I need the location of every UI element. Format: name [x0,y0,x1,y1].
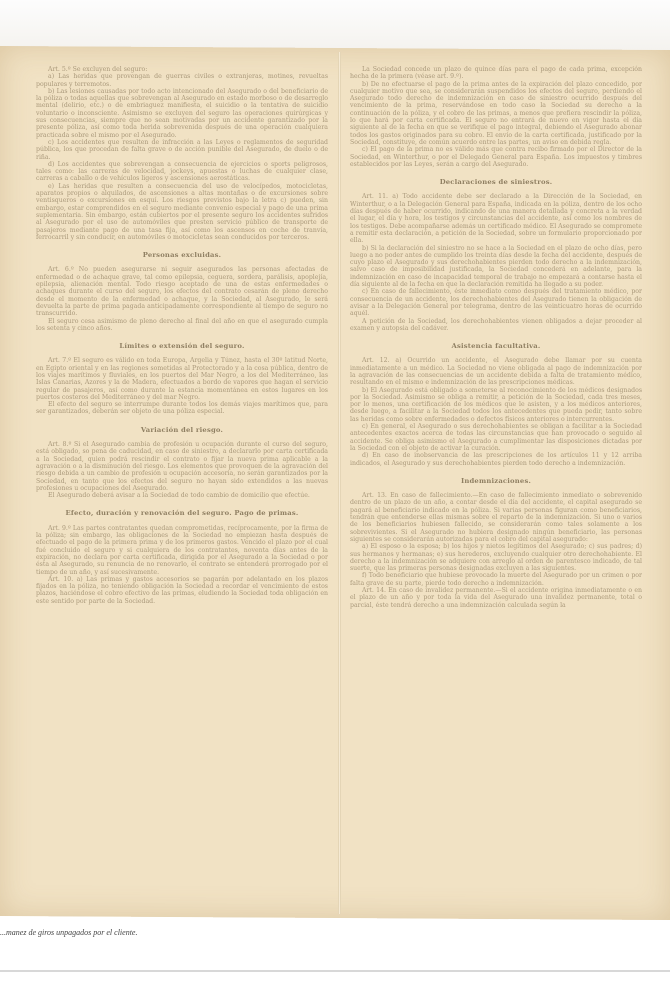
section-heading: Variación del riesgo. [36,427,328,434]
paragraph: b) Si la declaración del siniestro no se… [350,245,642,289]
scan-top-margin [0,0,670,52]
scan-caption: ...manez de giros unpagados por el clien… [0,928,137,937]
section-heading: Declaraciones de siniestros. [350,179,642,186]
paragraph: Art. 10. a) Las primas y gastos accesori… [36,576,328,605]
section-heading: Asistencia facultativa. [350,343,642,350]
section-heading: Indemnizaciones. [350,478,642,485]
paragraph: Art. 7.º El seguro es válido en toda Eur… [36,357,328,401]
paragraph: La Sociedad concede un plazo de quince d… [350,66,642,81]
paragraph: f) Todo beneficiario que hubiese provoca… [350,572,642,587]
paragraph: b) Las lesiones causadas por todo acto i… [36,88,328,139]
paragraph: c) El pago de la prima no es válido más … [350,146,642,168]
paragraph: c) En general, el Asegurado o sus derech… [350,423,642,452]
paragraph: Art. 13. En caso de fallecimiento.—En ca… [350,492,642,543]
paragraph: Art. 14. En caso de invalidez permanente… [350,587,642,609]
paragraph: e) Las heridas que resulten a consecuenc… [36,183,328,241]
right-column: La Sociedad concede un plazo de quince d… [350,66,642,609]
paragraph: a) Las heridas que provengan de guerras … [36,73,328,88]
paragraph: Art. 12. a) Ocurrido un accidente, el As… [350,357,642,386]
left-column: Art. 5.º Se excluyen del seguro:a) Las h… [36,66,328,605]
paragraph: b) De no efectuarse el pago de la prima … [350,81,642,147]
paragraph: Art. 5.º Se excluyen del seguro: [36,66,328,73]
paragraph: El Asegurado deberá avisar a la Sociedad… [36,492,328,499]
paragraph: Art. 11. a) Todo accidente debe ser decl… [350,193,642,244]
section-heading: Personas excluidas. [36,252,328,259]
section-heading: Límites o extensión del seguro. [36,343,328,350]
paragraph: a) El esposo o la esposa; b) los hijos y… [350,543,642,572]
paragraph: El seguro cesa asimismo de pleno derecho… [36,318,328,333]
paragraph: d) En caso de inobservancia de las presc… [350,452,642,467]
paragraph: Art. 8.º Si el Asegurado cambia de profe… [36,441,328,492]
paragraph: A petición de la Sociedad, los derechoha… [350,318,642,333]
paragraph: d) Los accidentes que sobrevengan a cons… [36,161,328,183]
paragraph: c) En caso de fallecimiento, éste inmedi… [350,288,642,317]
paragraph: b) El Asegurado está obligado a someters… [350,387,642,423]
paragraph: c) Los accidentes que resulten de infrac… [36,139,328,161]
scan-bottom-edge [0,970,670,972]
paragraph: Art. 6.º No pueden asegurarse ni seguir … [36,266,328,317]
page-fold [338,52,341,914]
paragraph: El efecto del seguro se interrumpe duran… [36,401,328,416]
section-heading: Efecto, duración y renovación del seguro… [36,510,328,517]
paragraph: Art. 9.º Las partes contratantes quedan … [36,525,328,576]
